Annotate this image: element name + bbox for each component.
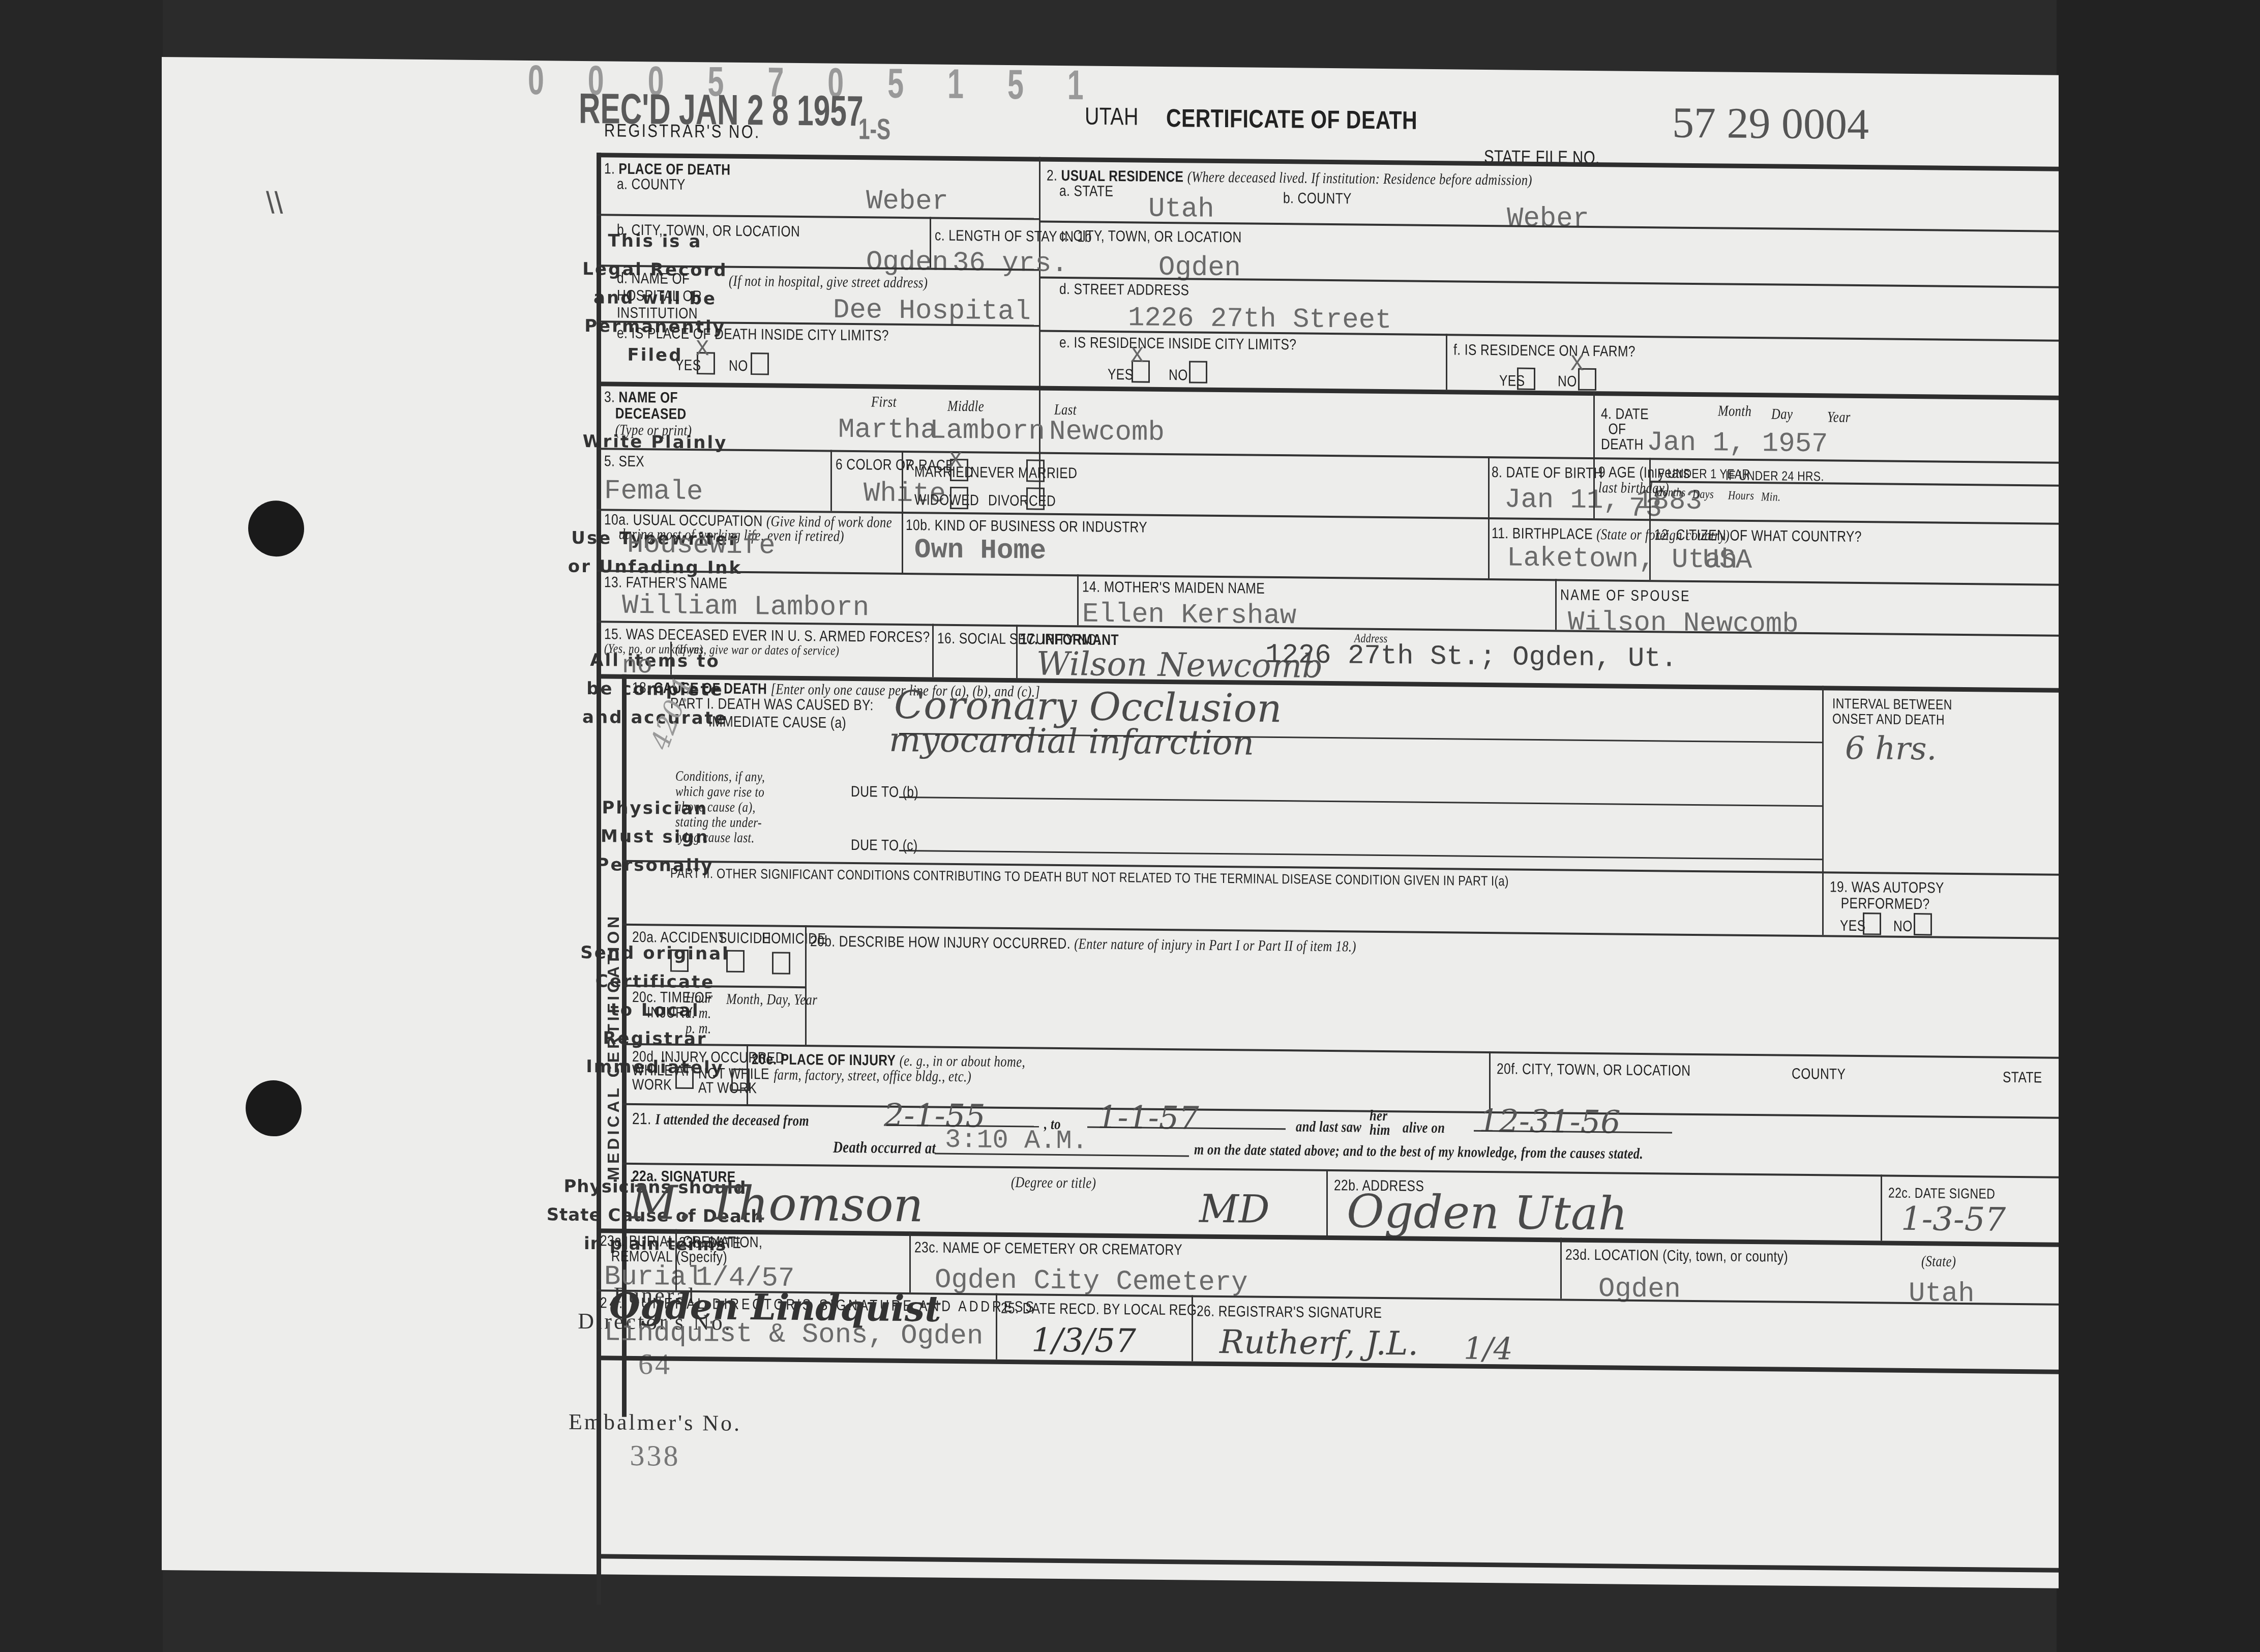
- last-saw-label: and last saw: [1296, 1118, 1361, 1136]
- residence-county-value: Weber: [1507, 203, 1589, 235]
- never-married-label: NEVER MARRIED: [970, 464, 1077, 482]
- conditions-hint: Conditions, if any,which gave rise toabo…: [675, 769, 765, 846]
- funeral-director-value: Lindquist & Sons, Ogden: [604, 1317, 983, 1352]
- date-of-death-value: Jan 1, 1957: [1647, 427, 1828, 460]
- divider: [909, 1231, 911, 1292]
- place-inside-limits-no-checkbox[interactable]: [751, 352, 769, 375]
- divider: [1881, 1174, 1882, 1241]
- day-label: Day: [1771, 405, 1793, 423]
- last-saw-value: 12-31-56: [1479, 1102, 1621, 1141]
- divider: [1593, 391, 1595, 457]
- registrar-mark: 1/4: [1464, 1331, 1513, 1367]
- divider: [1555, 579, 1557, 630]
- yes-label: YES: [1840, 918, 1865, 935]
- divider: [670, 642, 672, 675]
- medical-certification-label: MEDICAL CERTIFICATION: [604, 913, 623, 1181]
- injury-city-label: 20f. CITY, TOWN, OR LOCATION: [1497, 1060, 1690, 1080]
- burial-state-label: (State): [1921, 1253, 1956, 1271]
- city-label: b. CITY, TOWN, OR LOCATION: [617, 222, 800, 241]
- death-time-value: 3:10 A.M.: [945, 1125, 1088, 1157]
- interval-value: 6 hrs.: [1845, 729, 1937, 768]
- divider: [1822, 686, 1824, 935]
- middle-name-value: Lamborn: [930, 415, 1045, 447]
- due-to-c-line[interactable]: [899, 850, 1822, 860]
- divider: [622, 1103, 2059, 1119]
- inside-limits-label: e. IS RESIDENCE INSIDE CITY LIMITS?: [1059, 334, 1296, 353]
- stay-value: 36 yrs.: [953, 248, 1068, 280]
- business-label: 10b. KIND OF BUSINESS OR INDUSTRY: [906, 517, 1147, 537]
- date-received-value: 1/3/57: [1031, 1321, 1136, 1360]
- registrar-no-label: REGISTRAR'S NO.: [604, 120, 760, 142]
- embalmer-no-label: Embalmer's No.: [513, 1408, 797, 1437]
- state-file-no: 57 29 0004: [1672, 97, 1869, 150]
- divorced-label: DIVORCED: [988, 492, 1056, 510]
- cemetery-label: 23c. NAME OF CEMETERY OR CREMATORY: [914, 1239, 1182, 1259]
- state-label: a. STATE: [1059, 183, 1113, 200]
- form-top-border: [597, 153, 2059, 171]
- death-occurred-label: Death occurred at: [833, 1138, 936, 1158]
- divider: [1593, 457, 1595, 518]
- date-signed-label: 22c. DATE SIGNED: [1888, 1185, 1995, 1202]
- dob-label: 8. DATE OF BIRTH: [1492, 464, 1603, 482]
- autopsy-label: 19. WAS AUTOPSY PERFORMED?: [1830, 879, 1944, 912]
- hours-label: Hours: [1728, 489, 1754, 503]
- divider: [902, 512, 903, 573]
- divider: [597, 381, 2059, 400]
- divider: [902, 451, 903, 512]
- no-label: NO: [729, 358, 748, 375]
- check-x-mark: X: [696, 337, 709, 362]
- informant-address: 1226 27th St.; Ogden, Ut.: [1265, 640, 1677, 675]
- divider: [1649, 458, 1651, 519]
- widowed-checkbox[interactable]: [950, 487, 968, 509]
- punch-hole: [248, 500, 304, 557]
- inside-limits-label: e. IS PLACE OF DEATH INSIDE CITY LIMITS?: [617, 325, 889, 345]
- divider: [1326, 1169, 1328, 1235]
- check-x-mark: X: [1570, 352, 1584, 377]
- last-name-value: Newcomb: [1049, 417, 1165, 449]
- days-label: Days: [1692, 488, 1714, 501]
- divider: [1649, 519, 1651, 580]
- scan-border-right: [2057, 0, 2260, 1652]
- months-label: Months: [1654, 486, 1686, 500]
- marital-num: 7: [905, 457, 912, 474]
- describe-injury-label: 20b. DESCRIBE HOW INJURY OCCURRED. (Ente…: [810, 933, 1356, 955]
- alive-on-label: alive on: [1403, 1119, 1445, 1137]
- tick-marks: \\: [266, 185, 283, 220]
- cause-a-line2: myocardial infarction: [889, 720, 1254, 763]
- spouse-value: Wilson Newcomb: [1568, 607, 1799, 640]
- am-pm-label: Houra. m.p. m.: [686, 990, 713, 1037]
- physician-signature: M. Thomson: [630, 1175, 924, 1233]
- father-value: William Lamborn: [622, 591, 869, 624]
- mother-label: 14. MOTHER'S MAIDEN NAME: [1082, 578, 1265, 597]
- autopsy-yes-checkbox[interactable]: [1863, 912, 1881, 935]
- her-him-label: herhim: [1370, 1109, 1390, 1137]
- degree-label: (Degree or title): [1011, 1174, 1096, 1192]
- divider: [930, 217, 931, 268]
- month-day-year-label: Month, Day, Year: [726, 991, 817, 1009]
- place-of-injury-label: 20e. PLACE OF INJURY (e. g., in or about…: [752, 1052, 1025, 1085]
- immediate-cause-label: IMMEDIATE CAUSE (a): [708, 713, 846, 732]
- autopsy-no-checkbox[interactable]: [1914, 913, 1932, 935]
- divider: [1488, 456, 1490, 517]
- check-x-mark: X: [1131, 343, 1144, 369]
- middle-label: Middle: [947, 398, 984, 416]
- spouse-label: NAME OF SPOUSE: [1560, 586, 1690, 605]
- accident-checkbox[interactable]: [670, 950, 689, 972]
- divider: [805, 925, 807, 1045]
- yes-label: YES: [1108, 366, 1133, 383]
- injury-state-label: STATE: [2003, 1069, 2042, 1087]
- occupation-value: Housewife: [627, 529, 776, 562]
- punch-hole: [246, 1080, 302, 1137]
- injury-county-label: COUNTY: [1792, 1066, 1846, 1083]
- divider: [597, 448, 2059, 464]
- sex-value: Female: [604, 476, 703, 508]
- no-label: NO: [1893, 918, 1913, 935]
- divider: [1077, 574, 1079, 625]
- divider: [996, 1293, 997, 1360]
- while-at-work-checkbox[interactable]: [675, 1067, 694, 1089]
- accident-label: 20a. ACCIDENT: [632, 929, 726, 947]
- widowed-label: WIDOWED: [914, 491, 979, 509]
- date-of-death-label: 4. DATE OFDEATH: [1601, 406, 1649, 453]
- armed-service-hint: (If yes, give war or dates of service): [675, 642, 839, 659]
- business-value: Own Home: [914, 535, 1046, 567]
- interval-label: INTERVAL BETWEENONSET AND DEATH: [1832, 696, 1952, 728]
- certificate-title: CERTIFICATE OF DEATH: [1166, 103, 1417, 135]
- registrar-signature-label: 26. REGISTRAR'S SIGNATURE: [1197, 1303, 1382, 1322]
- physician-address-value: Ogden Utah: [1347, 1185, 1627, 1241]
- name-label: 3. NAME OF DECEASED (Type or print): [604, 389, 692, 439]
- due-to-c-label: DUE TO (c): [851, 837, 918, 854]
- never-married-checkbox[interactable]: [1026, 459, 1045, 482]
- divider: [1560, 1237, 1562, 1299]
- part-1-label: PART I. DEATH WAS CAUSED BY:: [670, 695, 874, 715]
- divider: [597, 214, 1039, 220]
- registrar-signature: Rutherf, J.L.: [1220, 1323, 1418, 1363]
- death-time-suffix: m on the date stated above; and to the b…: [1194, 1141, 1643, 1162]
- check-x-mark: X: [949, 449, 962, 474]
- form-bottom-border: [597, 1554, 2059, 1573]
- burial-state-value: Utah: [1909, 1278, 1975, 1310]
- divider: [1649, 481, 2059, 487]
- place-county-value: Weber: [866, 186, 948, 218]
- due-to-b-line[interactable]: [899, 796, 1822, 807]
- divider: [675, 1229, 677, 1290]
- attended-label: 21. I attended the deceased from: [632, 1109, 809, 1130]
- divider: [1488, 517, 1490, 578]
- citizen-label: 12. CITIZEN OF WHAT COUNTRY?: [1654, 526, 1862, 546]
- death-certificate-page: 0 0 0 5 7 0 5 1 5 1 REC'D JAN 2 8 1957 R…: [162, 57, 2059, 1588]
- min-label: Min.: [1761, 490, 1780, 504]
- divider: [597, 570, 2059, 586]
- first-label: First: [871, 393, 897, 410]
- farm-label: f. IS RESIDENCE ON A FARM?: [1453, 341, 1635, 360]
- degree-value: MD: [1199, 1186, 1270, 1232]
- divider: [747, 1044, 748, 1104]
- funeral-director-no: 64: [513, 1350, 797, 1379]
- month-label: Month: [1718, 402, 1751, 420]
- due-to-b-label: DUE TO (b): [851, 783, 918, 801]
- homicide-checkbox[interactable]: [772, 952, 790, 975]
- divider: [932, 624, 934, 677]
- year-label: Year: [1827, 408, 1851, 426]
- divider: [1192, 1295, 1193, 1361]
- first-name-value: Martha: [838, 415, 937, 447]
- hospital-label: d. NAME OFHOSPITAL ORINSTITUTION: [617, 270, 702, 323]
- scan-border-left: [0, 0, 163, 1652]
- burial-date-label: 23b. DATE: [679, 1234, 741, 1252]
- city-label: c. CITY, TOWN, OR LOCATION: [1059, 227, 1242, 246]
- title-state: UTAH: [1085, 102, 1139, 131]
- date-received-label: 25. DATE RECD. BY LOCAL REG.: [1001, 1300, 1200, 1319]
- divorced-checkbox[interactable]: [1026, 487, 1045, 510]
- citizen-value: USA: [1703, 545, 1752, 576]
- usual-residence-heading: 2. USUAL RESIDENCE (Where deceased lived…: [1047, 167, 1532, 189]
- divider: [830, 450, 832, 511]
- farm-yes-checkbox[interactable]: [1517, 368, 1535, 390]
- form-left-border: [597, 153, 601, 1605]
- hospital-hint: (If not in hospital, give street address…: [729, 273, 928, 292]
- residence-inside-no-checkbox[interactable]: [1189, 361, 1207, 383]
- father-label: 13. FATHER'S NAME: [604, 574, 727, 592]
- registrar-no: 1-S: [858, 112, 890, 146]
- divider: [622, 1163, 2059, 1178]
- divider: [1016, 625, 1018, 678]
- county-label: a. COUNTY: [617, 176, 686, 194]
- embalmer-no: 338: [513, 1441, 797, 1470]
- burial-location-label: 23d. LOCATION (City, town, or county): [1565, 1246, 1788, 1265]
- street-label: d. STREET ADDRESS: [1059, 281, 1189, 299]
- county-label: b. COUNTY: [1283, 190, 1352, 208]
- sex-label: 5. SEX: [604, 453, 644, 470]
- suicide-checkbox[interactable]: [726, 950, 745, 972]
- no-label: NO: [1169, 367, 1188, 384]
- residence-state-value: Utah: [1148, 194, 1214, 225]
- divider: [1446, 334, 1447, 390]
- attended-to-value: 1-1-57: [1097, 1099, 1199, 1137]
- date-signed-value: 1-3-57: [1901, 1200, 2006, 1239]
